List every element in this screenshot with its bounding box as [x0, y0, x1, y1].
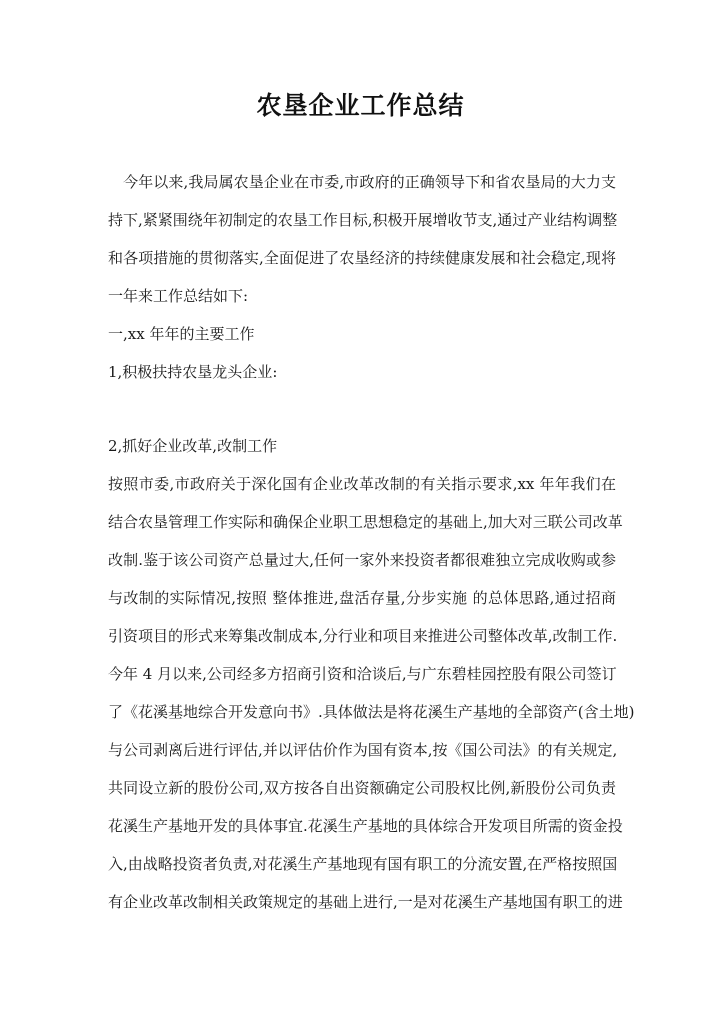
paragraph-line: 有企业改革改制相关政策规定的基础上进行,一是对花溪生产基地国有职工的进 [108, 892, 616, 912]
paragraph-line: 共同设立新的股份公司,双方按各自出资额确定公司股权比例,新股份公司负责 [108, 778, 616, 798]
paragraph-line: 和各项措施的贯彻落实,全面促进了农垦经济的持续健康发展和社会稳定,现将 [108, 248, 616, 268]
paragraph-line: 持下,紧紧围绕年初制定的农垦工作目标,积极开展增收节支,通过产业结构调整 [108, 210, 616, 230]
paragraph-line: 今年 4 月以来,公司经多方招商引资和洽谈后,与广东碧桂园控股有限公司签订 [108, 664, 616, 684]
paragraph-line: 改制.鉴于该公司资产总量过大,任何一家外来投资者都很难独立完成收购或参 [108, 550, 616, 570]
section-heading: 一,xx 年年的主要工作 [108, 324, 616, 344]
paragraph-line: 花溪生产基地开发的具体事宜.花溪生产基地的具体综合开发项目所需的资金投 [108, 816, 616, 836]
paragraph-line: 今年以来,我局属农垦企业在市委,市政府的正确领导下和省农垦局的大力支 [108, 172, 616, 192]
subsection-heading: 2,抓好企业改革,改制工作 [108, 436, 616, 456]
paragraph-line: 一年来工作总结如下: [108, 286, 616, 306]
subsection-heading: 1,积极扶持农垦龙头企业: [108, 362, 616, 382]
paragraph-line: 与公司剥离后进行评估,并以评估价作为国有资本,按《国公司法》的有关规定, [108, 740, 616, 760]
document-title: 农垦企业工作总结 [0, 86, 721, 122]
paragraph-line: 按照市委,市政府关于深化国有企业改革改制的有关指示要求,xx 年年我们在 [108, 474, 616, 494]
paragraph-line: 引资项目的形式来筹集改制成本,分行业和项目来推进公司整体改革,改制工作. [108, 626, 616, 646]
paragraph-line: 与改制的实际情况,按照 整体推进,盘活存量,分步实施 的总体思路,通过招商 [108, 588, 616, 608]
paragraph-line: 了《花溪基地综合开发意向书》.具体做法是将花溪生产基地的全部资产(含土地) [108, 702, 616, 722]
document-page: 农垦企业工作总结 今年以来,我局属农垦企业在市委,市政府的正确领导下和省农垦局的… [0, 0, 721, 1020]
paragraph-line: 结合农垦管理工作实际和确保企业职工思想稳定的基础上,加大对三联公司改革 [108, 512, 616, 532]
paragraph-line: 入,由战略投资者负责,对花溪生产基地现有国有职工的分流安置,在严格按照国 [108, 854, 616, 874]
